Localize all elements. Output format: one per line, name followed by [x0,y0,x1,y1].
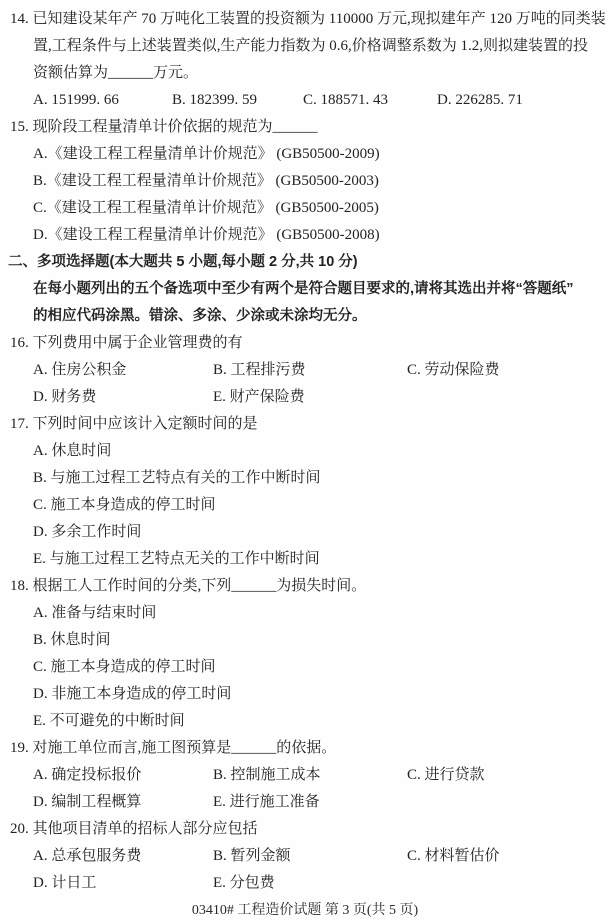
question-16-option-e: E. 财产保险费 [213,384,305,411]
question-20-option-e: E. 分包费 [213,870,275,897]
section-2-heading: 二、多项选择题(本大题共 5 小题,每小题 2 分,共 10 分) [0,249,610,276]
question-15-option-b: B.《建设工程工程量清单计价规范》 (GB50500-2003) [0,168,610,195]
question-16-options-row-1: A. 住房公积金 B. 工程排污费 C. 劳动保险费 [0,357,610,384]
question-16-option-d: D. 财务费 [33,384,96,411]
question-17-stem: 17. 下列时间中应该计入定额时间的是 [0,411,610,438]
question-15-stem: 15. 现阶段工程量清单计价依据的规范为______ [0,114,610,141]
question-20-option-d: D. 计日工 [33,870,96,897]
exam-page: 14. 已知建设某年产 70 万吨化工装置的投资额为 110000 万元,现拟建… [0,0,610,922]
question-17-option-b: B. 与施工过程工艺特点有关的工作中断时间 [0,465,610,492]
question-18-option-d: D. 非施工本身造成的停工时间 [0,681,610,708]
question-15-option-d: D.《建设工程工程量清单计价规范》 (GB50500-2008) [0,222,610,249]
question-20-options-row-1: A. 总承包服务费 B. 暂列金额 C. 材料暂估价 [0,843,610,870]
question-18-option-b: B. 休息时间 [0,627,610,654]
section-2-instruction-line-2: 的相应代码涂黑。错涂、多涂、少涂或未涂均无分。 [0,303,610,330]
question-16-option-b: B. 工程排污费 [213,357,306,384]
footer-page-label: 03410# 工程造价试题 第 3 页(共 5 页) [0,897,610,922]
question-19-options-row-2: D. 编制工程概算 E. 进行施工准备 [0,789,610,816]
question-14-stem-line-2: 置,工程条件与上述装置类似,生产能力指数为 0.6,价格调整系数为 1.2,则拟… [0,33,610,60]
question-14-option-d: D. 226285. 71 [437,87,523,114]
question-19-option-b: B. 控制施工成本 [213,762,321,789]
question-17-option-a: A. 休息时间 [0,438,610,465]
question-15-option-a: A.《建设工程工程量清单计价规范》 (GB50500-2009) [0,141,610,168]
question-18-option-e: E. 不可避免的中断时间 [0,708,610,735]
question-16-option-a: A. 住房公积金 [33,357,126,384]
question-19-option-c: C. 进行贷款 [407,762,485,789]
question-19-option-d: D. 编制工程概算 [33,789,141,816]
question-14-options: A. 151999. 66 B. 182399. 59 C. 188571. 4… [0,87,610,114]
section-2-instruction-line-1: 在每小题列出的五个备选项中至少有两个是符合题目要求的,请将其选出并将“答题纸” [0,276,610,303]
question-14-option-b: B. 182399. 59 [172,87,257,114]
question-20-stem: 20. 其他项目清单的招标人部分应包括 [0,816,610,843]
question-20-options-row-2: D. 计日工 E. 分包费 [0,870,610,897]
question-15-option-c: C.《建设工程工程量清单计价规范》 (GB50500-2005) [0,195,610,222]
question-19-stem: 19. 对施工单位而言,施工图预算是______的依据。 [0,735,610,762]
question-19-option-a: A. 确定投标报价 [33,762,141,789]
question-18-option-a: A. 准备与结束时间 [0,600,610,627]
question-18-option-c: C. 施工本身造成的停工时间 [0,654,610,681]
question-19-options-row-1: A. 确定投标报价 B. 控制施工成本 C. 进行贷款 [0,762,610,789]
question-16-option-c: C. 劳动保险费 [407,357,500,384]
question-17-option-c: C. 施工本身造成的停工时间 [0,492,610,519]
question-14-stem-line-3: 资额估算为______万元。 [0,60,610,87]
question-20-option-c: C. 材料暂估价 [407,843,500,870]
question-20-option-b: B. 暂列金额 [213,843,291,870]
question-19-option-e: E. 进行施工准备 [213,789,320,816]
question-17-option-d: D. 多余工作时间 [0,519,610,546]
question-16-stem: 16. 下列费用中属于企业管理费的有 [0,330,610,357]
question-17-option-e: E. 与施工过程工艺特点无关的工作中断时间 [0,546,610,573]
question-14-option-a: A. 151999. 66 [33,87,119,114]
question-20-option-a: A. 总承包服务费 [33,843,141,870]
question-18-stem: 18. 根据工人工作时间的分类,下列______为损失时间。 [0,573,610,600]
question-14-option-c: C. 188571. 43 [303,87,388,114]
question-14-stem-line-1: 14. 已知建设某年产 70 万吨化工装置的投资额为 110000 万元,现拟建… [0,6,610,33]
question-16-options-row-2: D. 财务费 E. 财产保险费 [0,384,610,411]
